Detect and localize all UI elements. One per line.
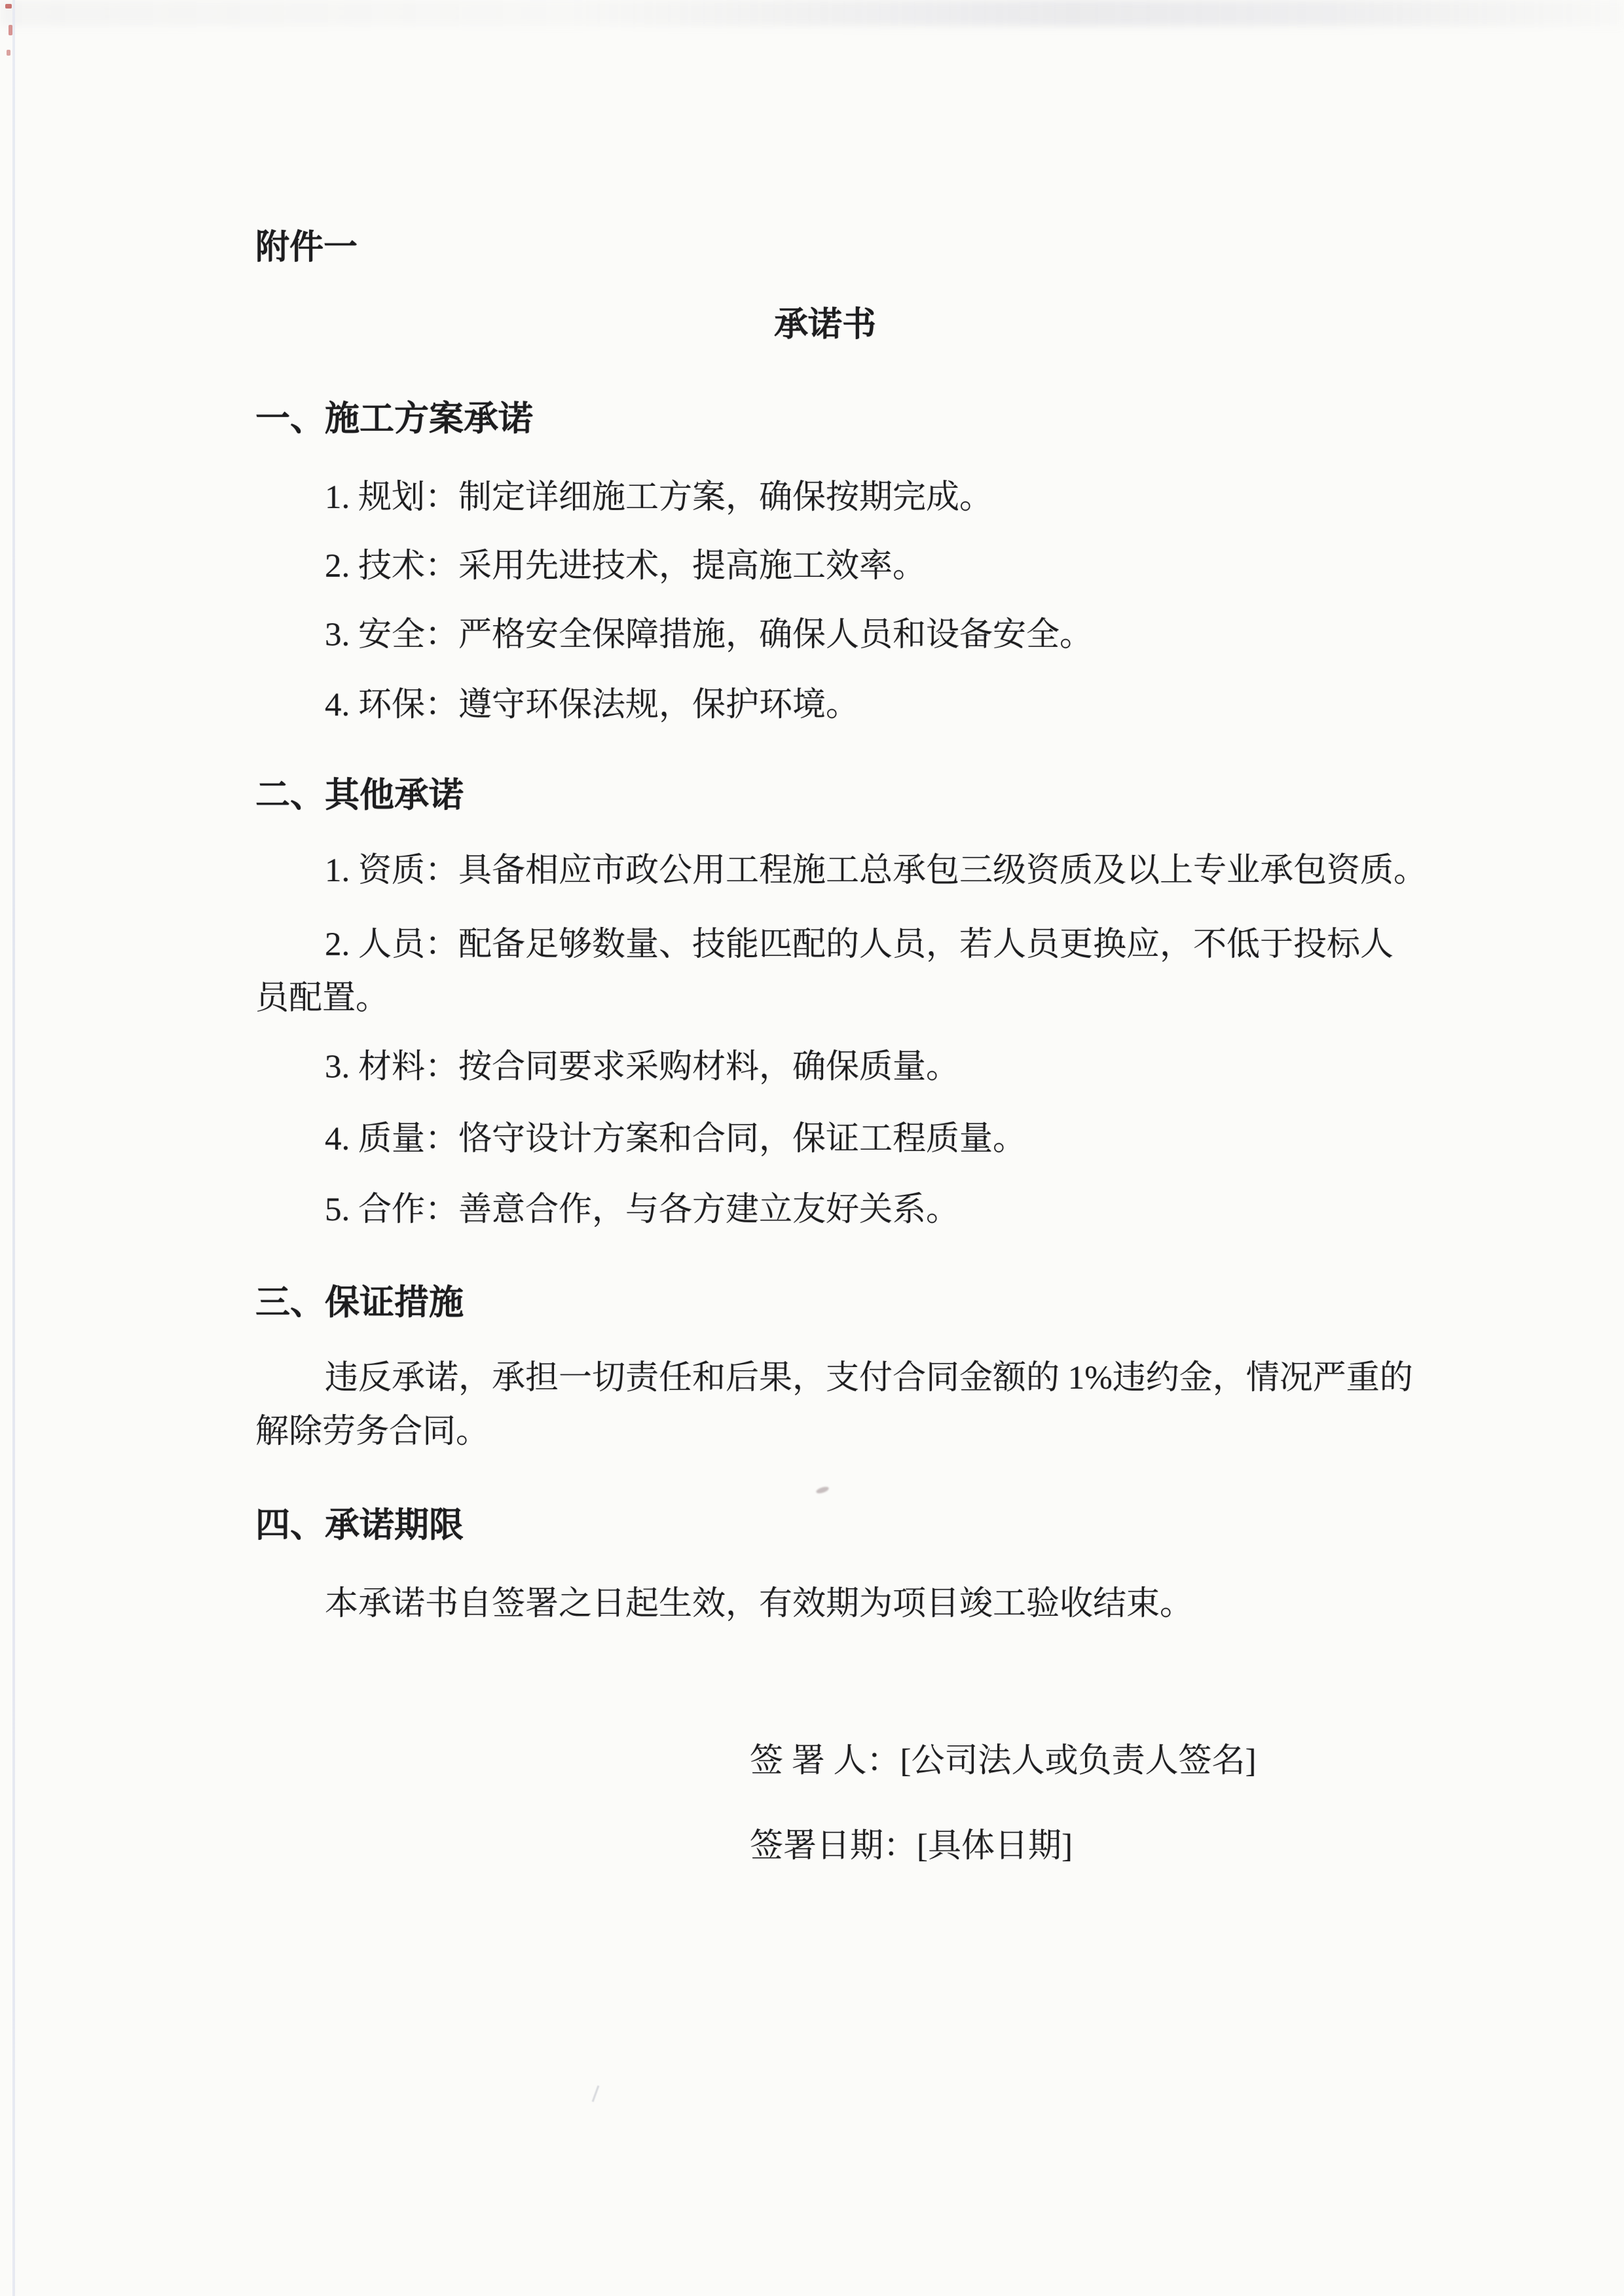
section-2-item-4: 4. 质量：恪守设计方案和合同，保证工程质量。 [255,1112,1395,1166]
section-2-item-3: 3. 材料：按合同要求采购材料，确保质量。 [255,1040,1395,1094]
section-1-item-3: 3. 安全：严格安全保障措施，确保人员和设备安全。 [255,608,1395,662]
scan-red-speck [9,25,12,35]
scan-top-shading [0,0,1624,26]
section-2-item-1: 1. 资质：具备相应市政公用工程施工总承包三级资质及以上专业承包资质。 [255,844,1395,898]
section-1-item-1: 1. 规划：制定详细施工方案，确保按期完成。 [255,471,1395,524]
section-2-item-2-line-2: 员配置。 [255,972,1395,1025]
scan-fiber-speck [592,2085,600,2102]
scan-red-speck [7,50,10,56]
scan-red-speck [5,4,12,9]
section-1-item-4: 4. 环保：遵守环保法规，保护环境。 [255,678,1395,732]
section-2-item-5: 5. 合作：善意合作，与各方建立友好关系。 [255,1183,1395,1237]
signer-line: 签 署 人：[公司法人或负责人签名] [750,1734,1395,1788]
section-3-heading: 三、保证措施 [255,1276,1395,1330]
section-3-paragraph-line-2: 解除劳务合同。 [255,1405,1395,1459]
section-3-paragraph-line-1: 违反承诺，承担一切责任和后果，支付合同金额的 1%违约金，情况严重的 [255,1351,1395,1405]
scan-edge-line [12,0,15,2296]
signature-date-line: 签署日期：[具体日期] [750,1819,1395,1873]
section-2-item-2-line-1: 2. 人员：配备足够数量、技能匹配的人员，若人员更换应，不低于投标人 [255,918,1395,972]
attachment-label: 附件一 [255,221,1395,274]
section-4-heading: 四、承诺期限 [255,1499,1395,1552]
section-1-heading: 一、施工方案承诺 [255,392,1395,446]
section-4-paragraph: 本承诺书自签署之日起生效，有效期为项目竣工验收结束。 [255,1577,1395,1631]
scanned-document-page: 附件一 承诺书 一、施工方案承诺 1. 规划：制定详细施工方案，确保按期完成。 … [0,0,1624,2296]
document-title: 承诺书 [255,298,1395,352]
section-1-item-2: 2. 技术：采用先进技术，提高施工效率。 [255,539,1395,593]
document-content: 附件一 承诺书 一、施工方案承诺 1. 规划：制定详细施工方案，确保按期完成。 … [255,221,1395,1873]
section-2-heading: 二、其他承诺 [255,769,1395,822]
